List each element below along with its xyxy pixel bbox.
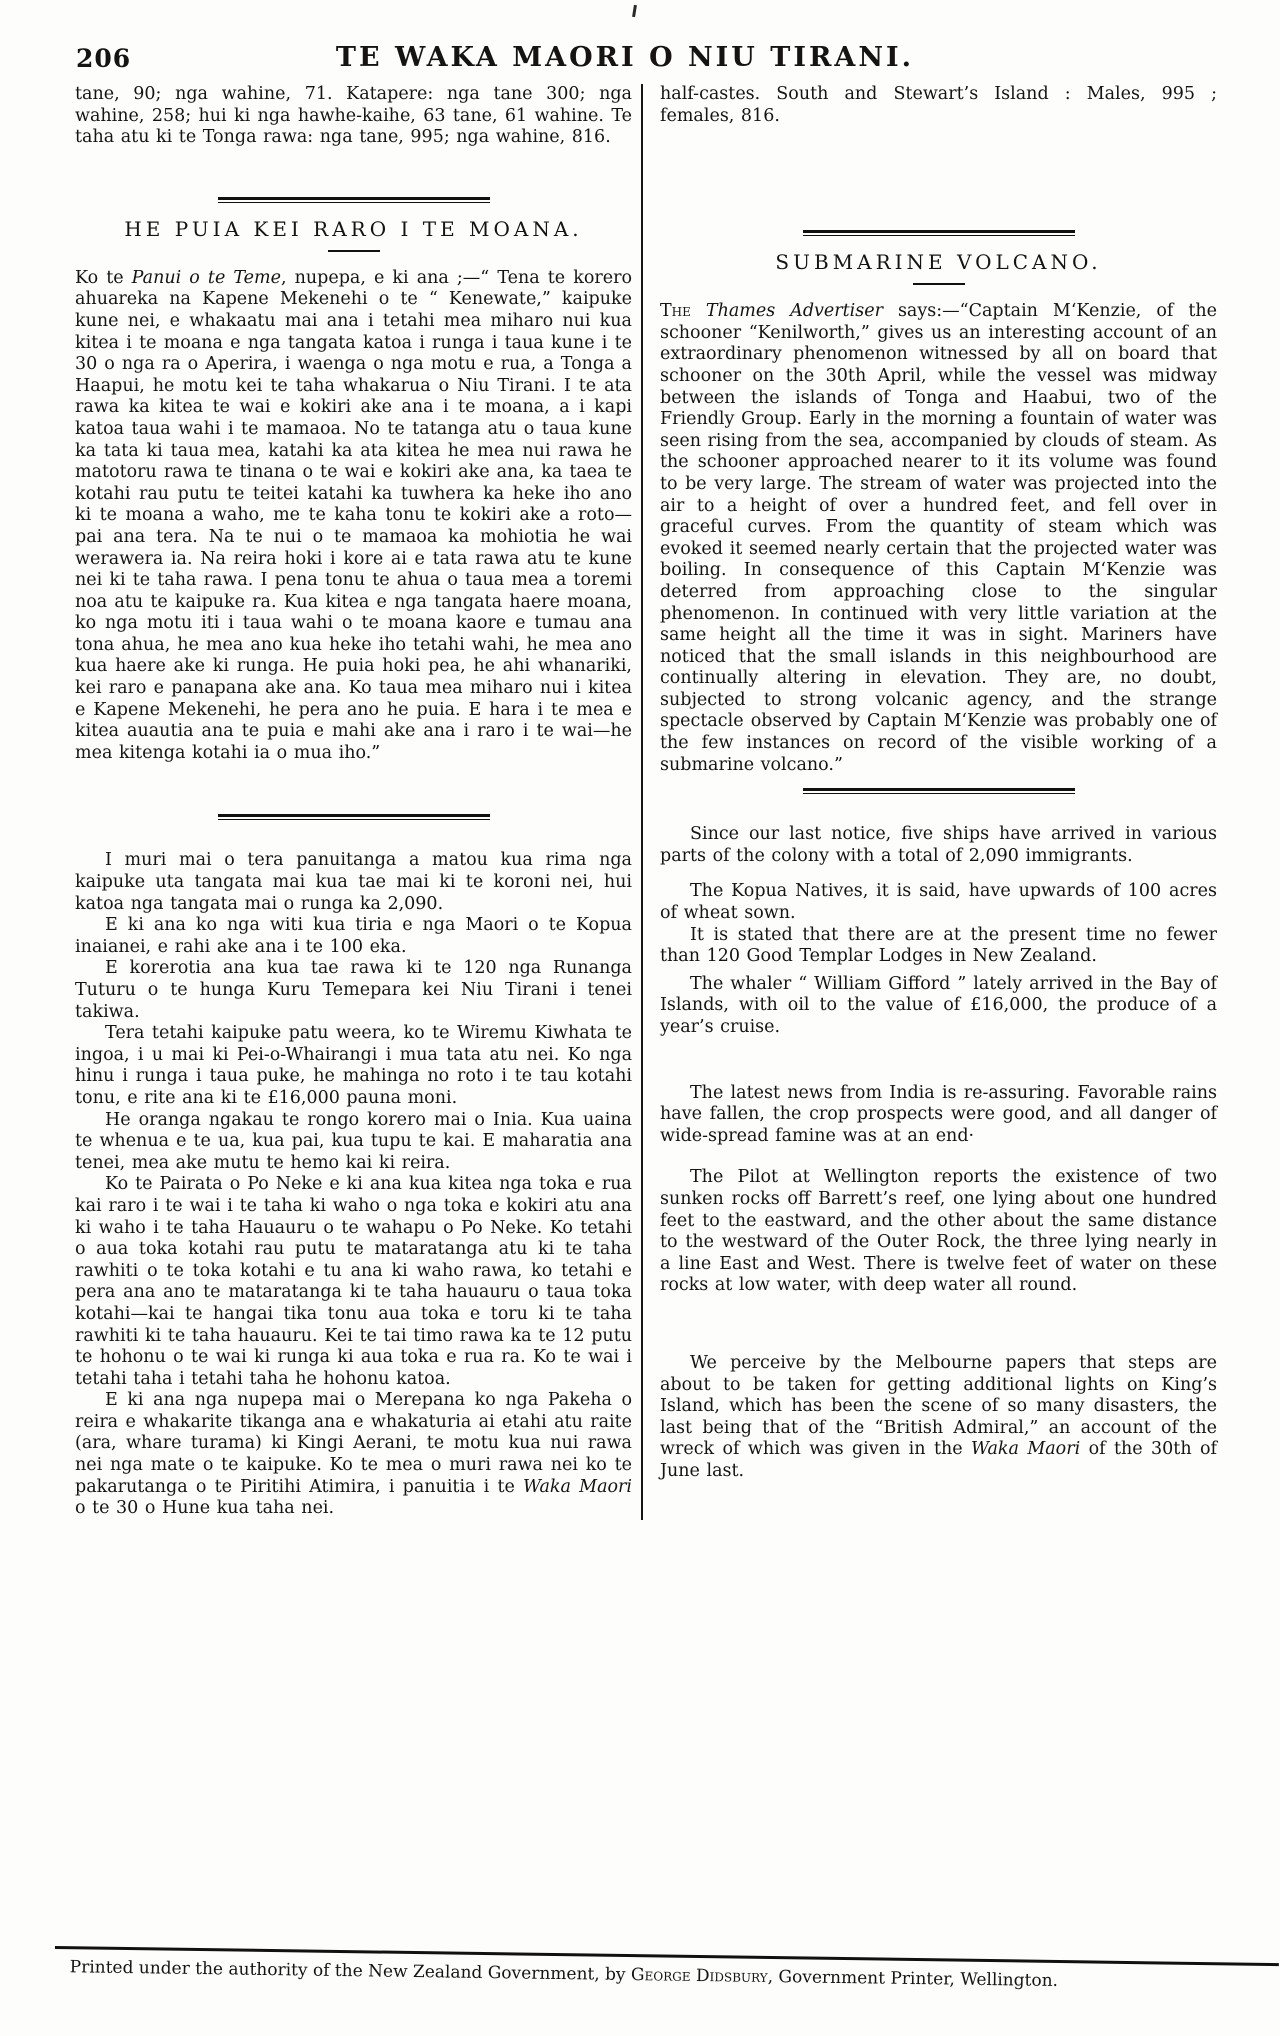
news-item: The latest news from India is re-assurin… [660, 1083, 1217, 1148]
imprint-footer: Printed under the authority of the New Z… [55, 1946, 1279, 1994]
article-body-english: The Thames Advertiser says:—“Captain M‘K… [660, 301, 1217, 776]
continuation-paragraph: half-castes. South and Stewart’s Island … [660, 84, 1217, 127]
news-item: Since our last notice, five ships have a… [660, 824, 1217, 867]
columns: tane, 90; nga wahine, 71. Katapere: nga … [75, 84, 1217, 1520]
article-heading-maori: HE PUIA KEI RARO I TE MOANA. [75, 217, 632, 241]
heading-rule [913, 283, 965, 285]
news-item: E ki ana nga nupepa mai o Merepana ko ng… [75, 1390, 632, 1520]
column-right: half-castes. South and Stewart’s Island … [660, 84, 1217, 1520]
article-heading-english: SUBMARINE VOLCANO. [660, 250, 1217, 274]
section-divider [803, 230, 1075, 236]
news-item: We perceive by the Melbourne papers that… [660, 1353, 1217, 1483]
news-item: The whaler “ William Gifford ” lately ar… [660, 974, 1217, 1039]
column-left: tane, 90; nga wahine, 71. Katapere: nga … [75, 84, 632, 1520]
section-divider [803, 788, 1075, 794]
news-item: He oranga ngakau te rongo korero mai o I… [75, 1110, 632, 1175]
masthead: 206 TE WAKA MAORI O NIU TIRANI. [0, 42, 1280, 82]
heading-rule [328, 250, 380, 252]
ink-artifact [632, 5, 637, 17]
newspaper-title: TE WAKA MAORI O NIU TIRANI. [0, 42, 1250, 73]
news-item: Ko te Pairata o Po Neke e ki ana kua kit… [75, 1174, 632, 1390]
news-item: The Kopua Natives, it is said, have upwa… [660, 881, 1217, 924]
continuation-paragraph: tane, 90; nga wahine, 71. Katapere: nga … [75, 84, 632, 149]
section-divider [218, 197, 490, 203]
news-item: E korerotia ana kua tae rawa ki te 120 n… [75, 958, 632, 1023]
news-item: The Pilot at Wellington reports the exis… [660, 1167, 1217, 1297]
news-item: Tera tetahi kaipuke patu weera, ko te Wi… [75, 1023, 632, 1109]
news-item: I muri mai o tera panuitanga a matou kua… [75, 850, 632, 915]
column-divider [641, 84, 643, 1520]
news-item: E ki ana ko nga witi kua tiria e nga Mao… [75, 915, 632, 958]
newspaper-page: 206 TE WAKA MAORI O NIU TIRANI. tane, 90… [0, 0, 1280, 2036]
section-divider [218, 814, 490, 820]
article-body-maori: Ko te Panui o te Teme, nupepa, e ki ana … [75, 268, 632, 765]
news-item: It is stated that there are at the prese… [660, 925, 1217, 968]
